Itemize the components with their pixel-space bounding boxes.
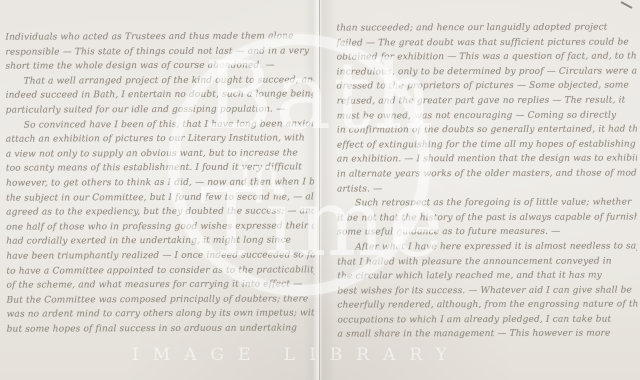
manuscript-line: Individuals who acted as Trustees and th… bbox=[5, 31, 313, 47]
manuscript-line: however, to get others to think as I did… bbox=[6, 177, 314, 193]
manuscript-line: So convinced have I been of this, that I… bbox=[6, 119, 314, 135]
watermark-footer: IMAGE LIBRARY bbox=[132, 345, 461, 365]
manuscript-line: After what I have here expressed it is a… bbox=[337, 241, 637, 257]
manuscript-line: attach an exhibition of pictures to our … bbox=[6, 133, 314, 149]
manuscript-line: the subject in our Committee, but I foun… bbox=[6, 192, 314, 208]
manuscript-scan: Individuals who acted as Trustees and th… bbox=[0, 0, 640, 380]
manuscript-line: but some hopes of final success in so ar… bbox=[7, 323, 315, 339]
manuscript-line: have been triumphantly realized — I once… bbox=[6, 250, 314, 266]
manuscript-line: to have a Committee appointed to conside… bbox=[6, 265, 314, 281]
manuscript-line: obtained for exhibition — This was a que… bbox=[337, 52, 637, 68]
manuscript-line: dressed to the proprietors of pictures —… bbox=[337, 81, 637, 97]
manuscript-line: occupations to which I am already pledge… bbox=[337, 314, 637, 330]
manuscript-line: cheerfully rendered, although, from the … bbox=[337, 300, 637, 316]
manuscript-line: But the Committee was composed principal… bbox=[6, 294, 314, 310]
manuscript-line: refused, and the greater part gave no re… bbox=[337, 95, 637, 111]
manuscript-line: must be owned, was not encouraging — Com… bbox=[337, 110, 637, 126]
manuscript-line: artists. — bbox=[337, 183, 637, 199]
manuscript-line: one half of those who in professing good… bbox=[6, 221, 314, 237]
manuscript-line: in confirmation of the doubts so general… bbox=[337, 125, 637, 141]
manuscript-line: short time the whole design was of cours… bbox=[5, 61, 313, 77]
manuscript-line: incredulous, only to be determined by pr… bbox=[337, 66, 637, 82]
manuscript-line: in alternate years works of the older ma… bbox=[337, 168, 637, 184]
manuscript-line: agreed as to the expediency, but they do… bbox=[6, 206, 314, 222]
manuscript-line: that I hailed with pleasure the announce… bbox=[337, 256, 637, 272]
manuscript-page-left: Individuals who acted as Trustees and th… bbox=[5, 31, 314, 339]
manuscript-page-right: than succeeded; and hence our languidly … bbox=[336, 22, 637, 344]
manuscript-line: the circular which lately reached me, an… bbox=[337, 271, 637, 287]
manuscript-line: best wishes for its success. — Whatever … bbox=[337, 285, 637, 301]
manuscript-line: failed — The great doubt was that suffic… bbox=[336, 37, 636, 53]
manuscript-line: was no ardent mind to carry others along… bbox=[7, 309, 315, 325]
page-fold-line bbox=[319, 0, 320, 380]
manuscript-line: than succeeded; and hence our languidly … bbox=[336, 22, 636, 38]
ink-smudge bbox=[620, 1, 632, 9]
manuscript-line: That a well arranged project of the kind… bbox=[6, 75, 314, 91]
manuscript-line: some useful guidance as to future measur… bbox=[337, 227, 637, 243]
manuscript-line: too scanty means of this establishment. … bbox=[6, 163, 314, 179]
manuscript-line: effect of extinguishing for the time all… bbox=[337, 139, 637, 155]
manuscript-line: indeed succeed in Bath, I entertain no d… bbox=[6, 90, 314, 106]
manuscript-line: it be not that the history of the past i… bbox=[337, 212, 637, 228]
manuscript-line: responsible — This state of things could… bbox=[5, 46, 313, 62]
manuscript-line: of the scheme, and what measures for car… bbox=[6, 279, 314, 295]
manuscript-line: had cordially exerted in the undertaking… bbox=[6, 236, 314, 252]
manuscript-line: a small share in the management — This h… bbox=[338, 329, 638, 345]
manuscript-line: a view not only to supply an obvious wan… bbox=[6, 148, 314, 164]
manuscript-line: particularly suited for our idle and gos… bbox=[6, 104, 314, 120]
manuscript-line: an exhibition. — I should mention that t… bbox=[337, 154, 637, 170]
manuscript-line: Such retrospect as the foregoing is of l… bbox=[337, 198, 637, 214]
